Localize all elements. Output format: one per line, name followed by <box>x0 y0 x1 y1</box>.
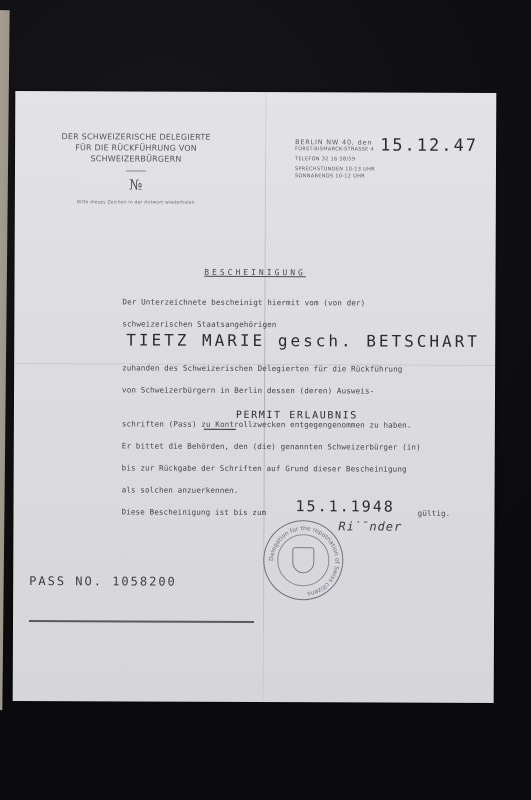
handwritten-pass-number: PASS NO. 1058200 <box>29 574 177 589</box>
signature-line <box>29 620 254 623</box>
fold-crease-vertical <box>263 92 267 702</box>
underlying-sheet <box>0 10 10 710</box>
org-line-1: DER SCHWEIZERISCHE DELEGIERTE <box>41 131 231 143</box>
certificate-title: BESCHEINIGUNG <box>15 267 496 278</box>
handwritten-name: TIETZ MARIE gesch. BETSCHART <box>126 330 480 351</box>
org-line-3: SCHWEIZERBÜRGERN <box>41 153 231 165</box>
org-line-2: FÜR DIE RÜCKFÜHRUNG VON <box>41 142 231 154</box>
letterhead: DER SCHWEIZERISCHE DELEGIERTE FÜR DIE RÜ… <box>41 131 231 209</box>
validity-line: Diese Bescheinigung ist bis zum gültig. <box>121 507 450 517</box>
official-stamp: Delegation for the repatriation of Swiss… <box>263 520 343 600</box>
handwritten-date: 15.12.47 <box>380 136 478 156</box>
certificate-document: DER SCHWEIZERISCHE DELEGIERTE FÜR DIE RÜ… <box>13 91 497 703</box>
body-line-4: von Schweizerbürgern in Berlin dessen (d… <box>122 385 374 395</box>
telephone: TELEFON 32 16 58/59 <box>295 156 375 163</box>
handwritten-validity-date: 15.1.1948 <box>295 497 394 515</box>
body-line-1: Der Unterzeichnete bescheinigt hiermit v… <box>122 297 365 307</box>
street: FÜRST-BISMARCK-STRASSE 4 <box>295 146 375 153</box>
body-line-8: als solchen anzuerkennen. <box>122 485 239 495</box>
coat-of-arms-icon <box>292 547 314 573</box>
letterhead-rule <box>126 170 146 171</box>
body-line-6: Er bittet die Behörden, den (die) genann… <box>122 441 421 451</box>
signature: Ri̇̄nder <box>338 519 402 533</box>
body-line-5: schriften (Pass) zu Kontrollzwecken entg… <box>122 419 412 429</box>
address-block: BERLIN NW 40, den FÜRST-BISMARCK-STRASSE… <box>295 139 375 180</box>
pass-underline <box>204 429 236 430</box>
hours-saturday: SONNABENDS 10-12 UHR <box>295 173 375 180</box>
reference-note: Bitte dieses Zeichen in der Antwort wied… <box>41 197 231 209</box>
reference-mark-icon: № <box>41 177 231 194</box>
body-line-2: schweizerischen Staatsangehörigen <box>122 319 276 329</box>
validity-prefix: Diese Bescheinigung ist bis zum <box>121 507 266 517</box>
body-line-3: zuhanden des Schweizerischen Delegierten… <box>122 363 402 373</box>
validity-suffix: gültig. <box>418 509 451 518</box>
body-line-7: bis zur Rückgabe der Schriften auf Grund… <box>122 463 407 473</box>
